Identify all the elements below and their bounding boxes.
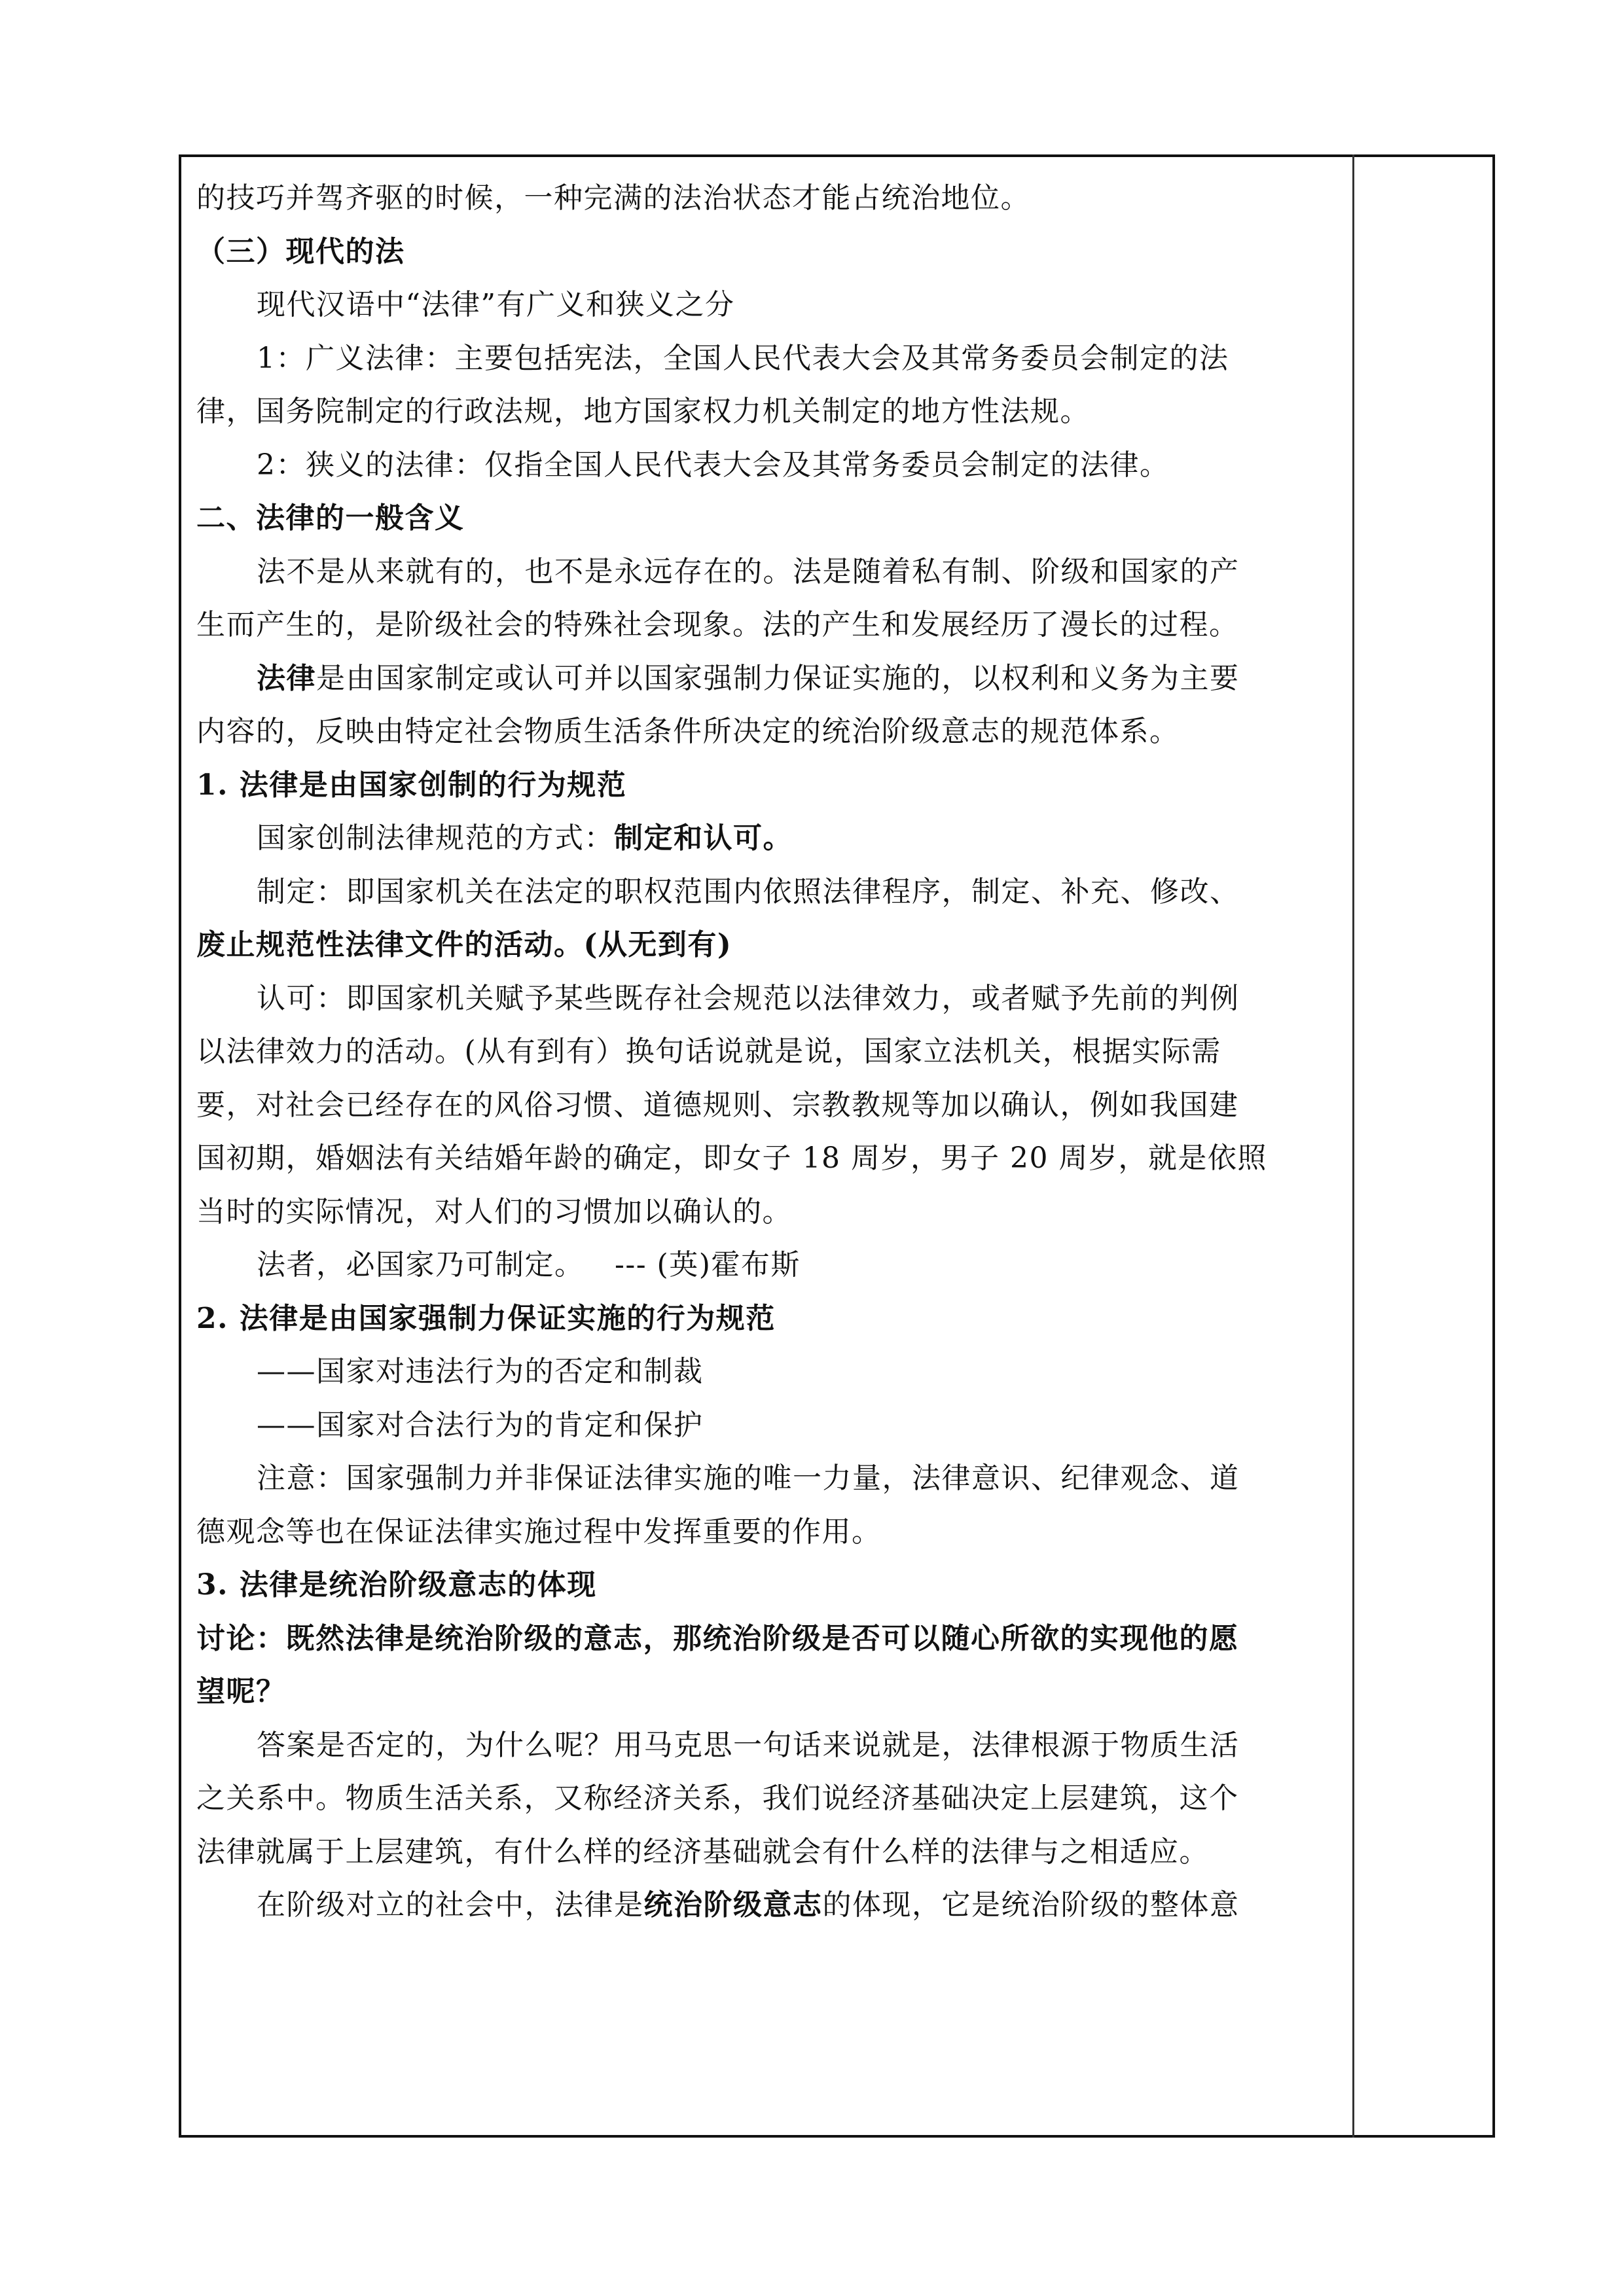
- definition-text: 是由国家制定或认可并以国家强制力保证实施的，以权利和义务为主要: [316, 662, 1240, 695]
- paragraph-line: 国家创制法律规范的方式：制定和认可。: [196, 812, 1348, 865]
- paragraph-line: 在阶级对立的社会中，法律是统治阶级意志的体现，它是统治阶级的整体意: [196, 1878, 1348, 1932]
- main-content-cell: 的技巧并驾齐驱的时候，一种完满的法治状态才能占统治地位。 （三）现代的法 现代汉…: [196, 171, 1348, 1932]
- paragraph-line: 现代汉语中“法律”有广义和狭义之分: [196, 278, 1348, 332]
- emphasis-text: 统治阶级意志: [644, 1888, 823, 1922]
- plain-text: 的体现，它是统治阶级的整体意: [823, 1888, 1240, 1922]
- subheading-1: 1. 法律是由国家创制的行为规范: [196, 759, 1348, 812]
- paragraph-line: 法律是由国家制定或认可并以国家强制力保证实施的，以权利和义务为主要: [196, 652, 1348, 706]
- plain-text: 国家创制法律规范的方式：: [257, 821, 614, 855]
- term-law: 法律: [257, 662, 316, 695]
- paragraph-line: 之关系中。物质生活关系，又称经济关系，我们说经济基础决定上层建筑，这个: [196, 1772, 1348, 1825]
- paragraph-line: 的技巧并驾齐驱的时候，一种完满的法治状态才能占统治地位。: [196, 171, 1348, 225]
- paragraph-line: 认可：即国家机关赋予某些既存社会规范以法律效力，或者赋予先前的判例: [196, 972, 1348, 1026]
- paragraph-line: 要，对社会已经存在的风俗习惯、道德规则、宗教教规等加以确认，例如我国建: [196, 1079, 1348, 1132]
- list-item: ——国家对合法行为的肯定和保护: [196, 1399, 1348, 1452]
- paragraph-line: 答案是否定的，为什么呢？用马克思一句话来说就是，法律根源于物质生活: [196, 1719, 1348, 1772]
- paragraph-line: 德观念等也在保证法律实施过程中发挥重要的作用。: [196, 1505, 1348, 1559]
- table-column-divider: [1352, 154, 1354, 2138]
- paragraph-line: 国初期，婚姻法有关结婚年龄的确定，即女子 18 周岁，男子 20 周岁，就是依照: [196, 1132, 1348, 1185]
- plain-text: 在阶级对立的社会中，法律是: [257, 1888, 644, 1922]
- paragraph-line: 法律就属于上层建筑，有什么样的经济基础就会有什么样的法律与之相适应。: [196, 1825, 1348, 1879]
- paragraph-line: 2：狭义的法律：仅指全国人民代表大会及其常务委员会制定的法律。: [196, 439, 1348, 492]
- paragraph-line: 以法律效力的活动。(从有到有）换句话说就是说，国家立法机关，根据实际需: [196, 1025, 1348, 1079]
- paragraph-line: 生而产生的，是阶级社会的特殊社会现象。法的产生和发展经历了漫长的过程。: [196, 598, 1348, 652]
- paragraph-line: 注意：国家强制力并非保证法律实施的唯一力量，法律意识、纪律观念、道: [196, 1452, 1348, 1505]
- list-item: ——国家对违法行为的否定和制裁: [196, 1345, 1348, 1399]
- section-heading-modern-law: （三）现代的法: [196, 225, 1348, 279]
- paragraph-line: 当时的实际情况，对人们的习惯加以确认的。: [196, 1185, 1348, 1239]
- paragraph-line: 1：广义法律：主要包括宪法，全国人民代表大会及其常务委员会制定的法: [196, 332, 1348, 386]
- quote-hobbes: 法者，必国家乃可制定。 --- (英)霍布斯: [196, 1238, 1348, 1292]
- section-heading-general-meaning: 二、法律的一般含义: [196, 492, 1348, 545]
- paragraph-line: 内容的，反映由特定社会物质生活条件所决定的统治阶级意志的规范体系。: [196, 705, 1348, 759]
- emphasis-text: 制定和认可。: [614, 821, 793, 855]
- subheading-2: 2. 法律是由国家强制力保证实施的行为规范: [196, 1292, 1348, 1346]
- paragraph-line: 律，国务院制定的行政法规，地方国家权力机关制定的地方性法规。: [196, 385, 1348, 439]
- paragraph-line: 法不是从来就有的，也不是永远存在的。法是随着私有制、阶级和国家的产: [196, 545, 1348, 599]
- subheading-3: 3. 法律是统治阶级意志的体现: [196, 1558, 1348, 1612]
- paragraph-line-bold: 废止规范性法律文件的活动。(从无到有): [196, 918, 1348, 972]
- discussion-question: 讨论：既然法律是统治阶级的意志，那统治阶级是否可以随心所欲的实现他的愿: [196, 1612, 1348, 1666]
- discussion-question-cont: 望呢？: [196, 1665, 1348, 1719]
- paragraph-line: 制定：即国家机关在法定的职权范围内依照法律程序，制定、补充、修改、: [196, 865, 1348, 919]
